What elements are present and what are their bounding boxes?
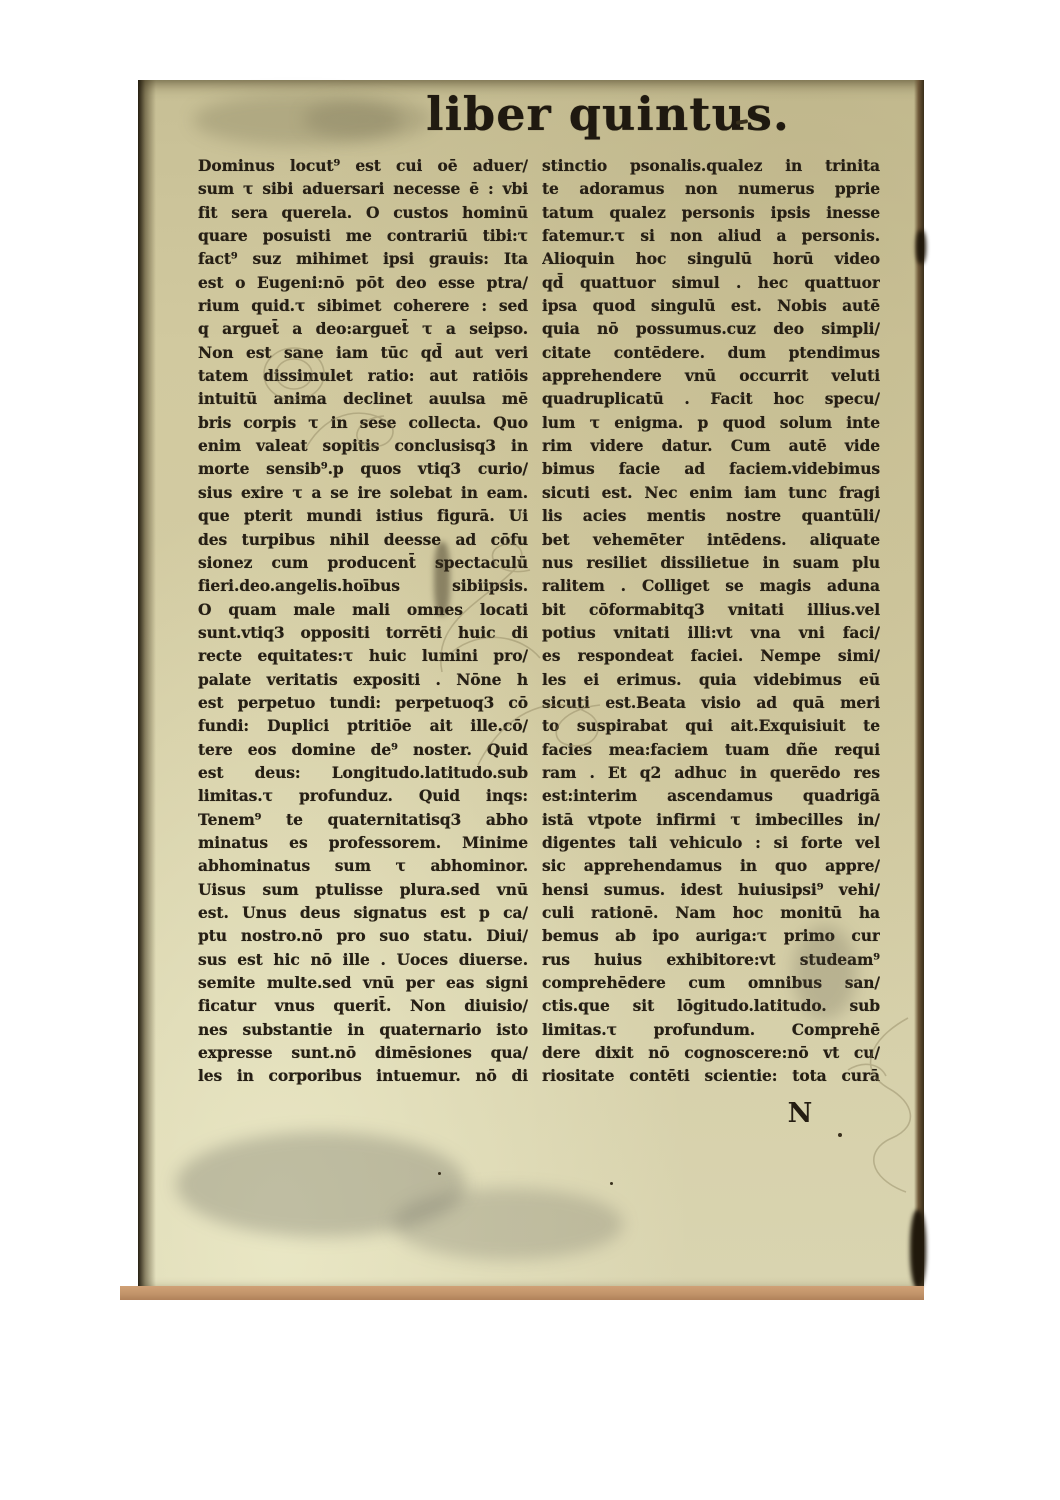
text-line: Dominus locut⁹ est cui oē aduer/: [198, 154, 528, 177]
page-gutter-shadow: [138, 80, 156, 1286]
text-line: quadruplicatū . Facit hoc specu/: [542, 387, 880, 410]
text-line: fit sera querela. O custos hominū: [198, 201, 528, 224]
text-line: rium quid.τ sibimet coherere : sed: [198, 294, 528, 317]
text-line: citate contēdere. dum ptendimus: [542, 341, 880, 364]
blind-stamp-spiral-2: [298, 398, 408, 464]
text-line: est o Eugeni:nō pōt deo esse ptra/: [198, 271, 528, 294]
text-line: sius exire τ a se ire solebat in eam.: [198, 481, 528, 504]
text-line: stinctio psonalis.qualez in trinita: [542, 154, 880, 177]
text-line: bimus facie ad faciem.videbimus: [542, 457, 880, 480]
stain-right-column: [793, 925, 857, 1020]
text-line: est:interim ascendamus quadrigā: [542, 784, 880, 807]
text-line: lis acies mentis nostre quantūli/: [542, 504, 880, 527]
text-line: sicuti est. Nec enim iam tunc fragi: [542, 481, 880, 504]
text-line: ptu nostro.nō pro suo statu. Diui/: [198, 924, 528, 947]
page-fore-edge: [914, 80, 924, 1286]
fox-spot-3: [438, 1172, 441, 1175]
text-line: que pterit mundi istius figurā. Ui: [198, 504, 528, 527]
text-line: nus resiliet dissilietue in suam plu: [542, 551, 880, 574]
edge-blotch-top: [916, 230, 926, 264]
text-line: semite multe.sed vnū per eas signi: [198, 971, 528, 994]
text-line: Tenem⁹ te quaternitatisq3 abho: [198, 808, 528, 831]
text-line: bet vehemēter intēdens. aliquate: [542, 528, 880, 551]
text-line: Alioquin hoc singulū horū video: [542, 247, 880, 270]
text-line: minatus es professorem. Minime: [198, 831, 528, 854]
text-line: sus est hic nō ille . Uoces diuerse.: [198, 948, 528, 971]
text-line: nes substantie in quaternario isto: [198, 1018, 528, 1041]
book-page: liber quintus. Dominus locut⁹ est cui oē…: [138, 80, 924, 1286]
text-line: quare posuisti me contrariū tibi:τ: [198, 224, 528, 247]
stain-bottom-center: [393, 1188, 623, 1260]
text-line: fatemur.τ si non aliud a personis.: [542, 224, 880, 247]
text-line: Uisus sum ptulisse plura.sed vnū: [198, 878, 528, 901]
text-line: apprehendere vnū occurrit veluti: [542, 364, 880, 387]
text-line: limitas.τ profunduz. Quid inqs:: [198, 784, 528, 807]
text-line: digentes tali vehiculo : si forte vel: [542, 831, 880, 854]
text-line: sic apprehendamus in quo appre/: [542, 854, 880, 877]
blind-stamp-loop-2: [468, 665, 618, 785]
text-line: culi rationē. Nam hoc monitū ha: [542, 901, 880, 924]
text-line: les in corporibus intuemur. nō di: [198, 1064, 528, 1087]
text-line: istā vtpote infirmi τ imbecilles in/: [542, 808, 880, 831]
text-line: bit cōformabitq3 vnitati illius.vel: [542, 598, 880, 621]
text-line: quia nō possumus.cuz deo simpli/: [542, 317, 880, 340]
signature-mark: N: [770, 1098, 830, 1129]
text-line: abhominatus sum τ abhominor.: [198, 854, 528, 877]
stain-heading-left: [303, 98, 433, 140]
edge-blotch-bottom: [910, 1210, 926, 1288]
text-line: sum τ sibi aduersari necesse ē : vbi: [198, 177, 528, 200]
text-line: ficatur vnus querit̄. Non diuisio/: [198, 994, 528, 1017]
text-line: ipsa quod singulū est. Nobis autē: [542, 294, 880, 317]
table-edge: [120, 1286, 924, 1300]
text-line: est. Unus deus signatus est p ca/: [198, 901, 528, 924]
text-line: tatum qualez personis ipsis inesse: [542, 201, 880, 224]
text-line: te adoramus non numerus pprie: [542, 177, 880, 200]
text-line: expresse sunt.nō dimēsiones qua/: [198, 1041, 528, 1064]
text-line: qd̄ quattuor simul . hec quattuor: [542, 271, 880, 294]
blind-stamp-loop-1: [422, 532, 552, 682]
text-line: fact⁹ suz mihimet ipsi grauis: Ita: [198, 247, 528, 270]
text-line: lum τ enigma. p quod solum inte: [542, 411, 880, 434]
text-line: potius vnitati illi:vt vna vni faci/: [542, 621, 880, 644]
text-line: ralitem . Colliget se magis aduna: [542, 574, 880, 597]
scan-background: liber quintus. Dominus locut⁹ est cui oē…: [0, 0, 1060, 1500]
fox-spot-2: [610, 1182, 613, 1185]
text-line: hensi sumus. idest huiusipsi⁹ vehi/: [542, 878, 880, 901]
text-line: rim videre datur. Cum autē vide: [542, 434, 880, 457]
blind-stamp-flourish: [828, 1010, 924, 1200]
